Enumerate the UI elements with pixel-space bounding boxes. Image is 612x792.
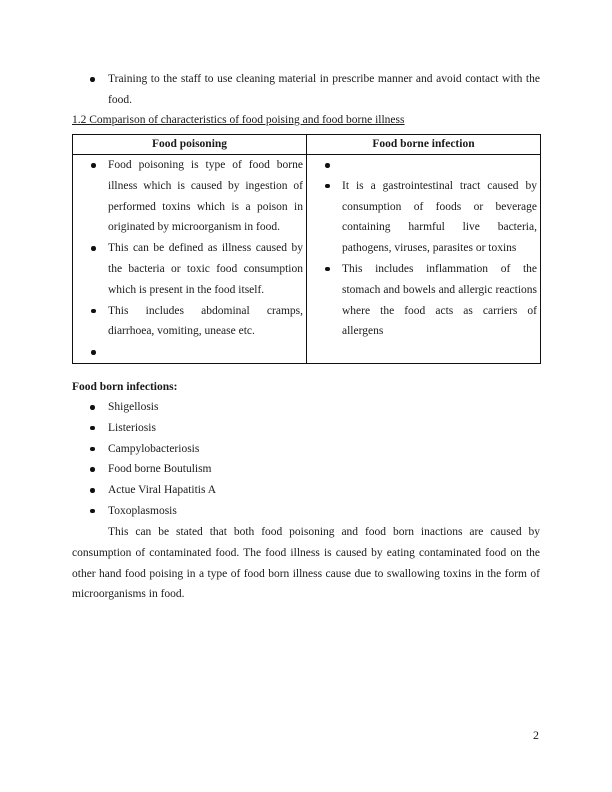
list-item: Campylobacteriosis (72, 439, 540, 460)
table-header-row: Food poisoning Food borne infection (73, 135, 541, 155)
header-food-borne-infection: Food borne infection (307, 135, 541, 155)
food-born-infections-title: Food born infections: (72, 378, 177, 396)
table-row: Food poisoning is type of food borne ill… (73, 155, 541, 364)
summary-paragraph: This can be stated that both food poison… (72, 522, 540, 605)
list-item: Food poisoning is type of food borne ill… (73, 155, 303, 238)
list-item: Food borne Boutulism (72, 459, 540, 480)
page-number: 2 (533, 728, 539, 742)
list-item: Toxoplasmosis (72, 501, 540, 522)
food-poisoning-list: Food poisoning is type of food borne ill… (73, 155, 303, 363)
list-item: This includes inflammation of the stomac… (307, 259, 537, 342)
list-item: Shigellosis (72, 397, 540, 418)
list-item: It is a gastrointestinal tract caused by… (307, 176, 537, 259)
comparison-table: Food poisoning Food borne infection Food… (72, 134, 541, 364)
header-food-poisoning: Food poisoning (73, 135, 307, 155)
list-item (73, 342, 303, 363)
section-heading: 1.2 Comparison of characteristics of foo… (72, 112, 404, 128)
top-bullet-list: Training to the staff to use cleaning ma… (72, 69, 540, 111)
food-borne-infection-cell: It is a gastrointestinal tract caused by… (307, 155, 541, 364)
list-item: This includes abdominal cramps, diarrhoe… (73, 301, 303, 343)
food-poisoning-cell: Food poisoning is type of food borne ill… (73, 155, 307, 364)
list-item: Listeriosis (72, 418, 540, 439)
list-item (307, 155, 537, 176)
food-borne-infection-list: It is a gastrointestinal tract caused by… (307, 155, 537, 342)
food-born-infections-list: Shigellosis Listeriosis Campylobacterios… (72, 397, 540, 522)
list-item: Training to the staff to use cleaning ma… (72, 69, 540, 111)
list-item: Actue Viral Hapatitis A (72, 480, 540, 501)
list-item: This can be defined as illness caused by… (73, 238, 303, 300)
